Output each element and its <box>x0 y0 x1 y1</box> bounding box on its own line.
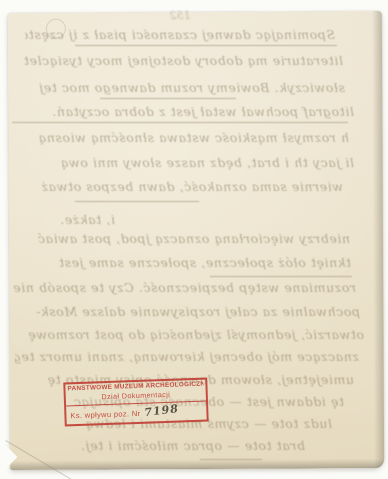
stamp-handwritten-number: 7198 <box>144 402 180 419</box>
paper-edge-shadow-right <box>372 11 384 468</box>
paper-edge-shadow-bottom <box>10 459 384 470</box>
scan-background: 152 Spominając dawnej czasności pisał z … <box>0 0 388 479</box>
embossed-circle-mark <box>46 19 66 39</box>
archive-stamp: PAŃSTWOWE MUZEUM ARCHEOLOGICZNE Dział Do… <box>63 378 208 427</box>
stamp-register-label: Ks. wpływu poz. Nr <box>70 408 140 419</box>
corner-crease <box>5 440 73 479</box>
